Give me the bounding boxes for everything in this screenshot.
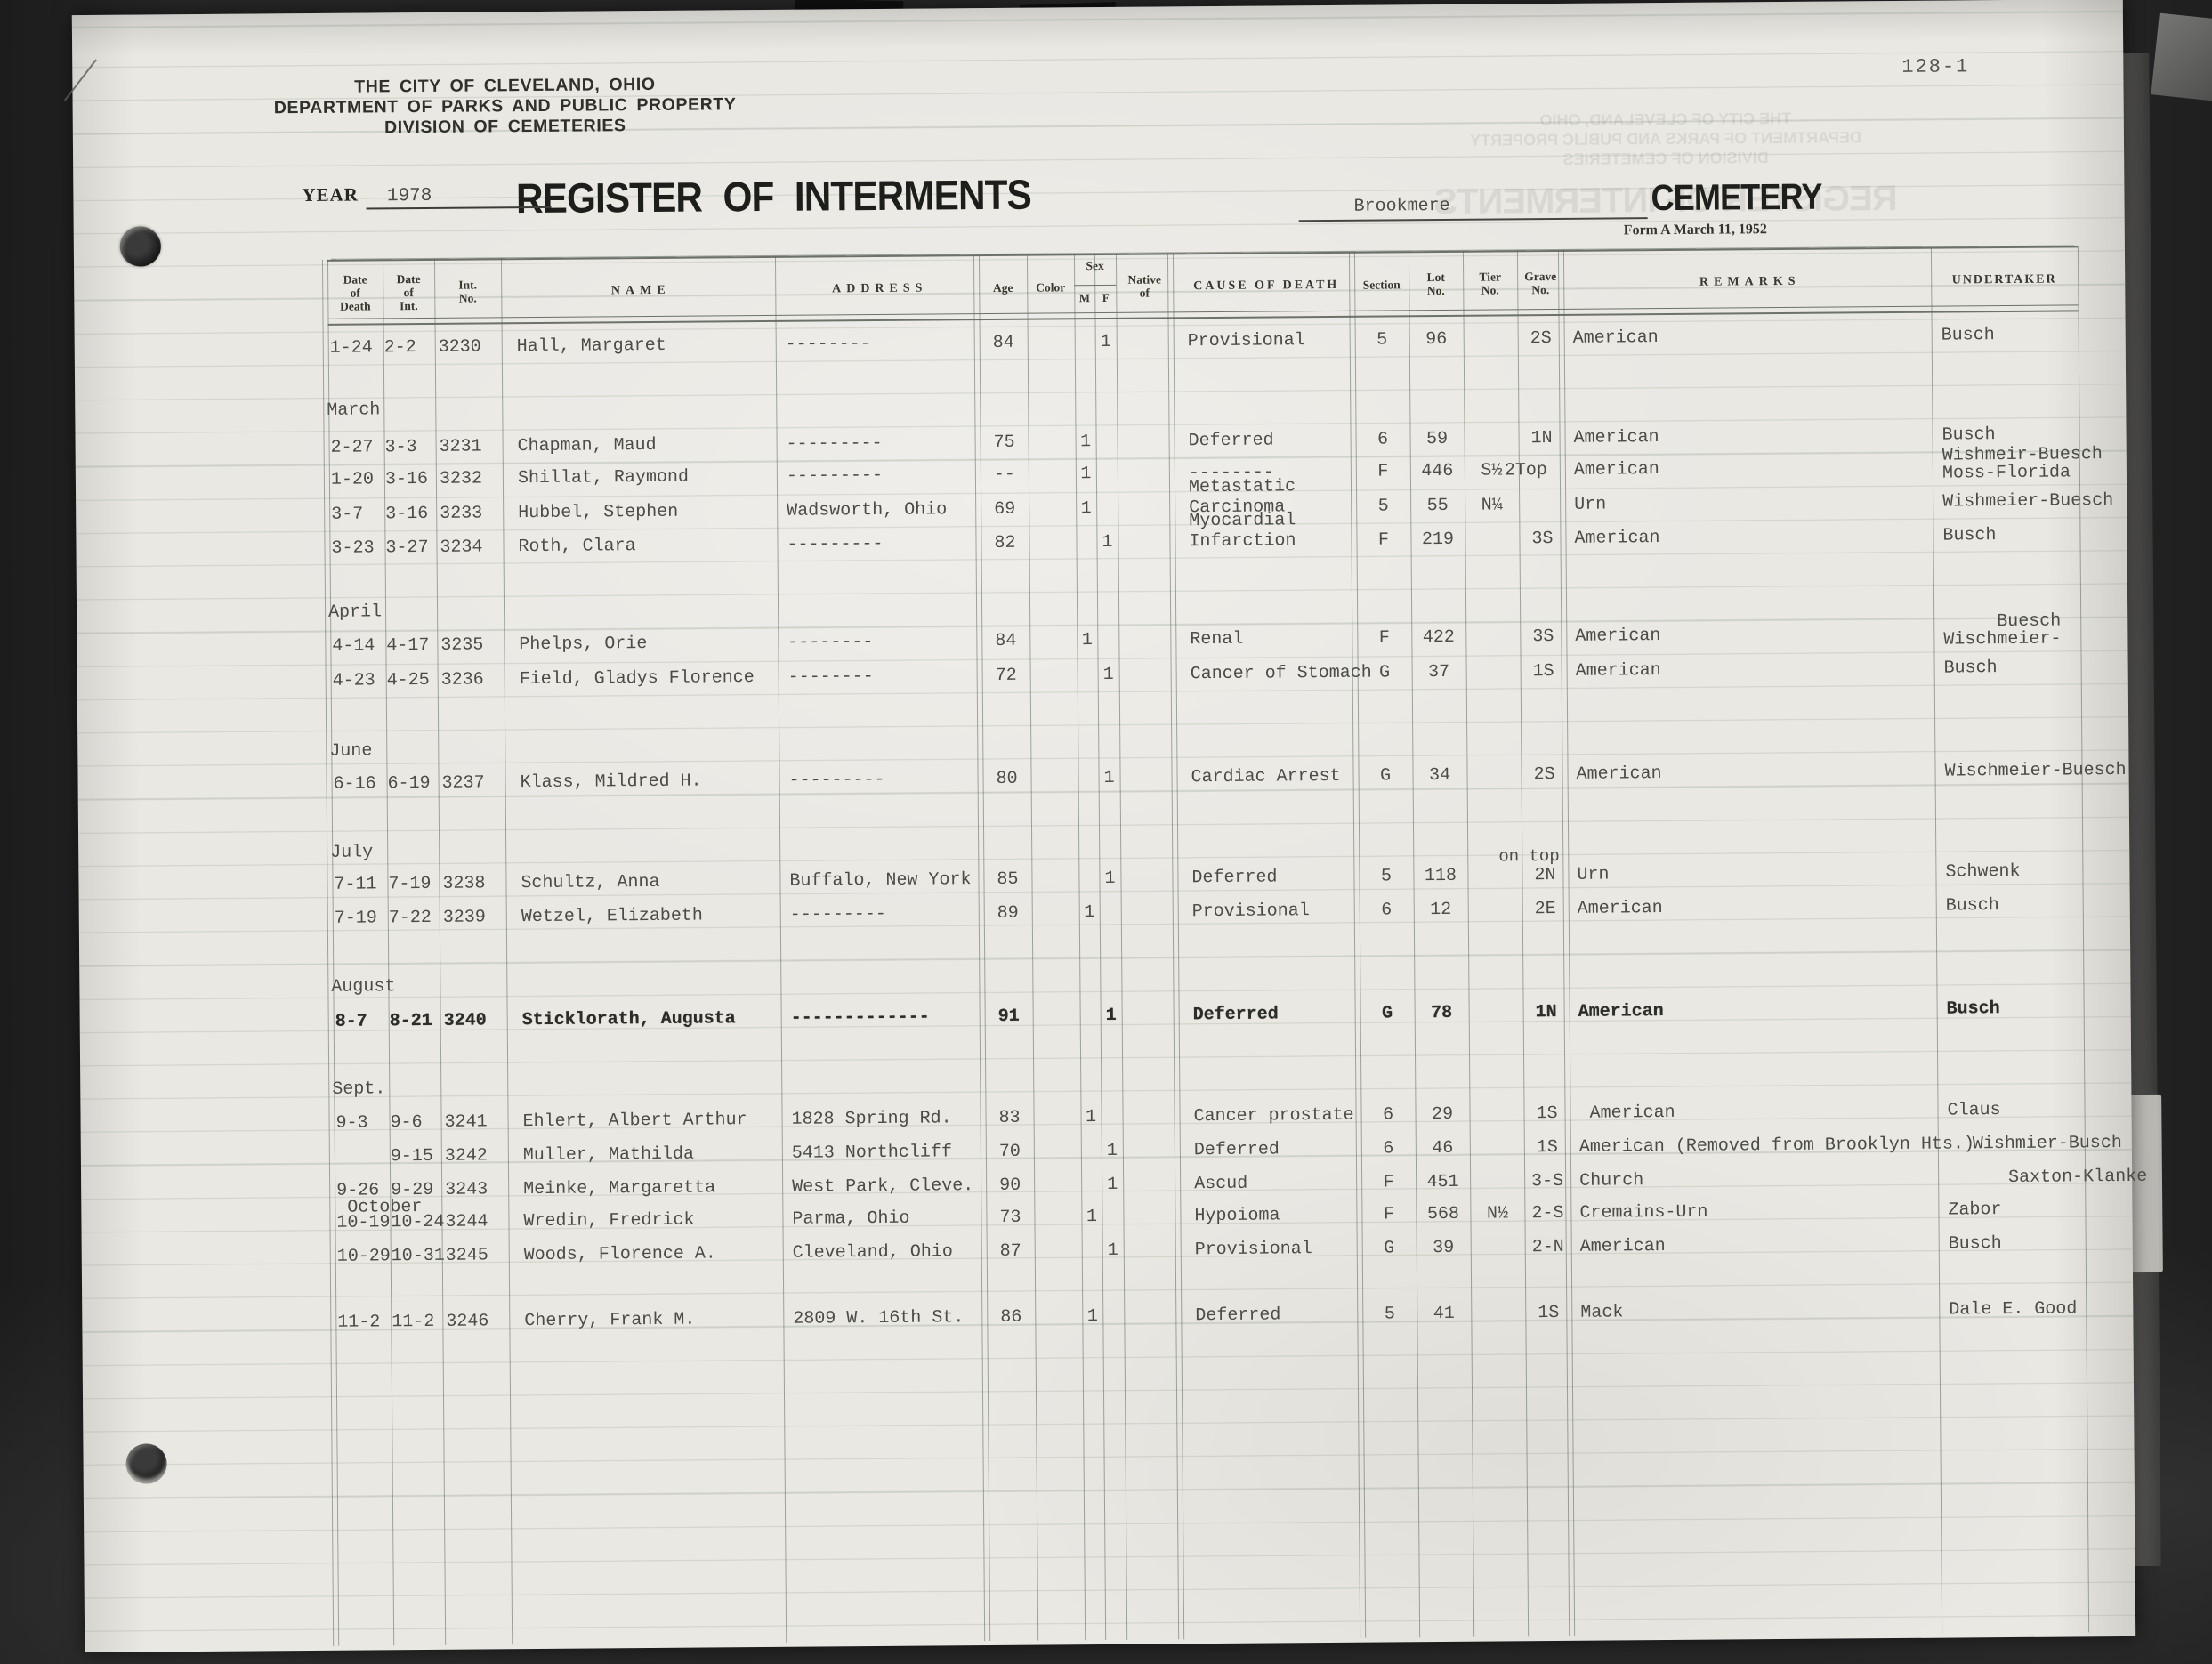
cell-no: 3235 [440,634,503,656]
org-line: DEPARTMENT OF PARKS AND PUBLIC PROPERTY [274,94,737,118]
cell-sec: F [1361,1172,1416,1192]
cell-f: 1 [1102,1175,1123,1195]
cell-dd: 1-24 [330,337,382,358]
cell-age: 86 [987,1307,1035,1328]
cell-lot: 219 [1410,529,1465,550]
cell-name: Wredin, Fredrick [523,1209,781,1232]
cell-di: 2-2 [384,337,436,358]
cell-di: 4-25 [387,670,439,691]
cell-und: Wischmeier-Buesch [1944,760,2095,781]
cell-grave: 1N [1523,1002,1570,1022]
cell-addr: Buffalo, New York [789,869,981,892]
cell-lot: 446 [1410,461,1465,481]
cell-dd: 9-3 [336,1112,388,1133]
cell-m: 1 [1076,432,1096,452]
cell-lot: 41 [1417,1304,1471,1324]
cell-name: Woods, Florence A. [524,1243,782,1265]
cell-grave: 2Non top [1522,865,1568,885]
cell-dd: 6-16 [334,773,385,794]
month-label: Sept. [332,1078,385,1099]
cell-m: 1 [1076,464,1096,484]
punch-hole-top [120,226,161,266]
cell-rem: Urn [1574,492,1930,515]
cell-grave: 3-S [1524,1171,1570,1191]
cell-age: 69 [981,499,1029,520]
cell-m: 1 [1076,498,1096,519]
cell-lot: 96 [1409,329,1464,350]
year-label: YEAR [302,184,359,206]
cell-name: Hall, Margaret [517,335,775,357]
cell-sec: 5 [1359,866,1413,886]
cell-m: 1 [1079,902,1100,923]
cell-und: Busch [1944,657,2095,678]
cell-grave: 3S [1520,626,1566,647]
cell-dd: 3-23 [331,537,383,558]
cell-name: Roth, Clara [518,535,776,557]
col-color: Color [1027,255,1075,318]
cell-addr: Parma, Ohio [792,1208,984,1230]
cell-rem: American [1574,425,1930,448]
month-label: August [331,976,395,998]
cell-name: Klass, Mildred H. [521,771,779,793]
cell-und: Wishmeier-Buesch [1942,490,2094,512]
cell-addr: --------- [789,769,981,791]
cell-name: Muller, Mathilda [523,1143,781,1166]
cell-age: 90 [986,1175,1034,1196]
cell-und: Wishmier-Busch [1973,1133,2124,1154]
register-table: DateofDeath DateofInt. Int.No. NAME ADDR… [327,246,2088,1645]
grave-note: on top [1498,846,1560,868]
register-row: 11-211-23246Cherry, Frank M.2809 W. 16th… [335,1298,2086,1333]
page-title: REGISTER OF INTERMENTS [516,170,1031,223]
cell-lot: 12 [1414,900,1468,920]
cell-no: 3240 [444,1010,506,1031]
cell-m: 1 [1077,630,1097,650]
register-row: 9-269-293243Meinke, MargarettaWest Park,… [335,1167,2085,1201]
year-field: YEAR1978 [302,182,551,210]
col-section: Section [1354,253,1409,315]
cell-age: 80 [982,769,1030,789]
col-int-no: Int.No. [434,260,502,323]
cell-di: 3-27 [385,537,437,558]
cell-addr: 2809 W. 16th St. [793,1307,985,1329]
cell-rem: American [1576,658,1932,682]
cell-rem: American [1578,1101,1934,1124]
cell-lot: 34 [1412,765,1466,786]
cell-age: 70 [986,1142,1034,1162]
cell-addr: --------- [787,464,979,487]
cell-sec: 5 [1355,329,1409,350]
cell-name: Hubbel, Stephen [518,501,776,523]
cemetery-name: Brookmere [1298,189,1647,222]
cell-grave: 1S [1525,1303,1571,1323]
cell-name: Ehlert, Albert Arthur [523,1110,781,1132]
col-undertaker: UNDERTAKER [1931,247,2079,311]
cell-addr: Wadsworth, Ohio [787,499,979,521]
cell-addr: ------------- [791,1006,983,1029]
cell-addr: --------- [790,903,982,925]
cell-lot: 29 [1415,1104,1469,1125]
cell-f: 1 [1098,665,1119,685]
cell-lot: 422 [1411,627,1465,648]
cell-lot: 55 [1410,496,1465,516]
cell-f: 1 [1095,332,1117,352]
cell-di: 3-16 [385,504,437,524]
cell-addr: Cleveland, Ohio [793,1241,985,1264]
page-number: 128-1 [1901,55,1969,78]
cell-no: 3232 [440,468,502,489]
cell-sec: 5 [1362,1304,1417,1324]
register-row: 9-39-63241Ehlert, Albert Arthur1828 Spri… [335,1099,2085,1134]
cell-di: 3-16 [385,469,437,489]
cell-di: 7-19 [388,874,440,894]
col-tier-no: TierNo. [1463,252,1518,314]
cell-age: 75 [981,432,1029,453]
cell-di: 10-24 [391,1212,442,1232]
cell-di: 9-6 [391,1112,442,1133]
cell-name: Phelps, Orie [519,633,777,655]
cell-dd: 2-27 [331,437,383,457]
cell-no: 3241 [445,1111,507,1133]
cell-dd: 7-11 [334,874,385,894]
cell-und: BueschWischmeier- [1943,612,2095,649]
col-age: Age [979,256,1028,319]
table-body: 1-242-23230Hall, Margaret--------841Prov… [328,308,2089,1645]
cell-no: 3233 [440,503,502,524]
cell-rem: Cremains-Urn [1579,1200,1935,1224]
cell-grave: 3S [1519,529,1565,549]
register-row: 4-144-173235Phelps, Orie--------841Renal… [330,622,2080,657]
cell-dd: 4-23 [333,670,384,691]
cell-dd: 3-7 [331,504,383,524]
cell-no: 3237 [442,772,505,794]
register-row: 10-2910-313245Woods, Florence A.Clevelan… [335,1232,2086,1267]
cell-sec: 6 [1361,1138,1416,1159]
cell-no: 3230 [439,336,501,358]
col-name: NAME [501,258,776,322]
cell-age: 84 [981,631,1029,651]
cell-sec: F [1356,529,1410,550]
scanned-register-page: THE CITY OF CLEVELAND, OHIO DEPARTMENT O… [0,0,2212,1664]
col-lot-no: LotNo. [1409,253,1464,315]
cell-sec: G [1358,765,1412,786]
cell-addr: West Park, Cleve. [792,1175,984,1198]
cell-grave: 1N [1519,428,1565,448]
cell-f: 1 [1101,1006,1122,1026]
cell-f: 1 [1098,768,1119,788]
cell-rem: American [1573,326,1929,349]
cell-lot: 78 [1415,1003,1469,1023]
col-grave-no: GraveNo. [1517,252,1564,314]
cell-age: 87 [987,1241,1035,1262]
cell-no: 3242 [445,1145,507,1167]
cell-rem: Church [1579,1168,1935,1191]
cell-addr: --------- [787,432,979,455]
department-header: THE CITY OF CLEVELAND, OHIO DEPARTMENT O… [274,74,737,139]
cell-rem: American [1574,526,1930,549]
register-row: 3-233-273234Roth, Clara---------821Myoca… [329,524,2079,559]
cell-no: 3234 [440,537,502,558]
cell-no: 3243 [445,1179,507,1200]
cell-sec: 6 [1360,900,1414,920]
register-row: 7-197-223239Wetzel, Elizabeth---------89… [333,894,2083,929]
cell-name: Chapman, Maud [518,434,776,456]
col-native-of: Nativeof [1116,254,1174,318]
col-cause-of-death: CAUSE OF DEATH [1173,254,1355,318]
org-line: DIVISION OF CEMETERIES [274,115,737,139]
month-label: April [328,602,382,622]
cell-dd: 7-19 [335,908,386,928]
register-row: 9-153242Muller, Mathilda5413 Northcliff7… [335,1133,2085,1167]
month-label: June [329,740,372,761]
cell-f: 1 [1096,532,1118,553]
cell-dd: 4-14 [332,635,383,656]
cell-sec: F [1361,1204,1416,1224]
cell-no: 3239 [443,907,505,928]
register-row: 4-234-253236Field, Gladys Florence------… [331,657,2081,691]
cell-lot: 59 [1410,429,1465,449]
cell-und: Busch [1942,424,2093,445]
cell-di: 9-15 [391,1146,442,1167]
cell-rem: American [1576,762,1932,785]
cell-f: 1 [1099,868,1120,889]
cell-age: 89 [984,903,1032,924]
cell-und: Zabor [1948,1199,2099,1220]
cell-addr: --------- [787,533,979,555]
cell-rem: American [1580,1234,1936,1257]
form-note: Form A March 11, 1952 [1624,222,1767,238]
cell-lot: 37 [1412,662,1466,683]
cell-rem: American [1574,457,1930,481]
cell-m: 1 [1080,1107,1101,1127]
cell-grave: 2S [1521,764,1567,785]
cell-rem: American (Removed from Brooklyn Hts.) [1579,1135,1935,1158]
cell-tier: N¼ [1465,495,1519,515]
cell-addr: 5413 Northcliff [792,1142,984,1164]
cemetery-label: CEMETERY [1651,176,1821,220]
cell-no: 3244 [445,1211,507,1232]
cell-no: 3246 [446,1311,508,1332]
cell-age: 91 [985,1006,1033,1027]
cell-m: 1 [1081,1207,1102,1227]
cell-rem: Mack [1580,1300,1936,1323]
cell-age: 73 [986,1208,1034,1228]
register-row: 1-242-23230Hall, Margaret--------841Prov… [328,324,2079,359]
cell-addr: -------- [787,631,980,653]
cell-age: 83 [985,1108,1033,1128]
cell-rem: Urn [1577,862,1933,885]
punch-hole-bottom [125,1443,166,1483]
cell-lot: 39 [1417,1238,1471,1258]
cell-rem: American [1578,999,1934,1022]
cell-name: Wetzel, Elizabeth [521,905,779,927]
cell-sec: G [1362,1238,1417,1258]
cell-grave: 1S [1521,661,1567,682]
cell-lot: 46 [1416,1138,1470,1159]
cell-f: 1 [1102,1240,1124,1261]
cell-addr: 1828 Spring Rd. [791,1108,983,1130]
cell-grave: 2-S [1524,1203,1570,1224]
register-row: 6-166-193237Klass, Mildred H.---------80… [332,760,2082,795]
page-corner-crease [64,59,97,101]
cell-name: Shillat, Raymond [518,466,776,489]
cell-und: Schwenk [1945,860,2096,882]
cell-und: Wishmeir-BueschMoss-Florida [1942,446,2094,482]
cell-dd: 8-7 [335,1011,387,1031]
col-address: ADDRESS [775,256,980,320]
register-row: 10-1910-243244Wredin, FredrickParma, Ohi… [335,1199,2085,1233]
cell-sec: G [1360,1003,1415,1023]
cell-no: 3236 [441,669,504,691]
cell-lot: 118 [1413,866,1467,886]
month-label: July [330,842,373,862]
cell-und: Claus [1947,1099,2098,1120]
cell-lot: 568 [1416,1204,1470,1224]
cell-name: Meinke, Margaretta [523,1177,781,1200]
stray-sheet-corner [2151,13,2212,101]
paper-page: THE CITY OF CLEVELAND, OHIO DEPARTMENT O… [72,0,2135,1652]
cell-sec: F [1357,627,1411,648]
cell-tier: N½ [1470,1203,1524,1224]
cell-age: 84 [980,333,1028,353]
cell-no: 3238 [442,873,505,894]
cell-no: 3231 [440,436,502,457]
cell-di: 7-22 [389,908,440,928]
cell-sec: 6 [1356,429,1410,449]
cell-addr: -------- [788,666,981,688]
cell-grave: 2-N [1525,1237,1571,1257]
cell-grave: 1S [1524,1137,1570,1158]
cell-addr: -------- [786,333,978,355]
cell-grave: 2S [1518,328,1564,349]
cell-di: 4-17 [386,635,438,656]
cell-und: Busch [1942,524,2094,545]
cell-name: Sticklorath, Augusta [522,1008,780,1030]
cell-age: -- [981,464,1029,485]
cell-dd: 11-2 [337,1312,389,1332]
register-row: 7-117-193238Schultz, AnnaBuffalo, New Yo… [332,860,2082,895]
cell-rem: American [1578,896,1933,919]
cell-und: Busch [1942,324,2093,345]
cell-lot: 451 [1416,1172,1470,1192]
cell-m: 1 [1082,1306,1102,1327]
cell-grave: 2E [1522,899,1569,919]
cell-name: Cherry, Frank M. [524,1309,782,1331]
cell-di: 11-2 [392,1312,443,1332]
cell-age: 82 [981,533,1029,553]
cell-dd: 1-20 [331,469,383,489]
cell-dd: 10-19 [336,1212,388,1232]
cell-sec: G [1358,662,1412,683]
cell-age: 85 [983,869,1031,890]
cell-und: Busch [1946,894,2097,916]
col-date-of-int: DateofInt. [383,261,435,323]
cell-di: 6-19 [388,773,440,794]
cell-name: Field, Gladys Florence [520,667,778,690]
year-value: 1978 [366,185,551,210]
cell-und: Busch [1947,998,2098,1019]
cell-di: 10-31 [392,1246,443,1266]
cell-und: Dale E. Good [1949,1298,2100,1320]
cell-grave: 2Top [1503,460,1549,481]
cell-sec: 6 [1360,1104,1415,1125]
register-row: 2-273-33231Chapman, Maud---------751Defe… [329,424,2079,458]
register-row: 8-78-213240Sticklorath, Augusta---------… [334,998,2084,1032]
cell-name: Schultz, Anna [521,871,779,893]
cell-f: 1 [1102,1141,1123,1161]
cell-und: Busch [1949,1232,2100,1254]
cemetery-field: BrookmereCEMETERY [1298,175,1845,222]
cell-age: 72 [982,666,1030,686]
cell-no: 3245 [446,1245,508,1266]
month-label: March [327,400,380,420]
cell-rem: American [1575,624,1931,647]
col-date-of-death: DateofDeath [327,261,383,323]
col-remarks: REMARKS [1563,249,1932,314]
cell-grave: 1S [1523,1103,1570,1124]
cell-di: 8-21 [390,1011,441,1031]
cell-dd: 10-29 [337,1246,389,1266]
cell-di: 3-3 [385,437,437,457]
